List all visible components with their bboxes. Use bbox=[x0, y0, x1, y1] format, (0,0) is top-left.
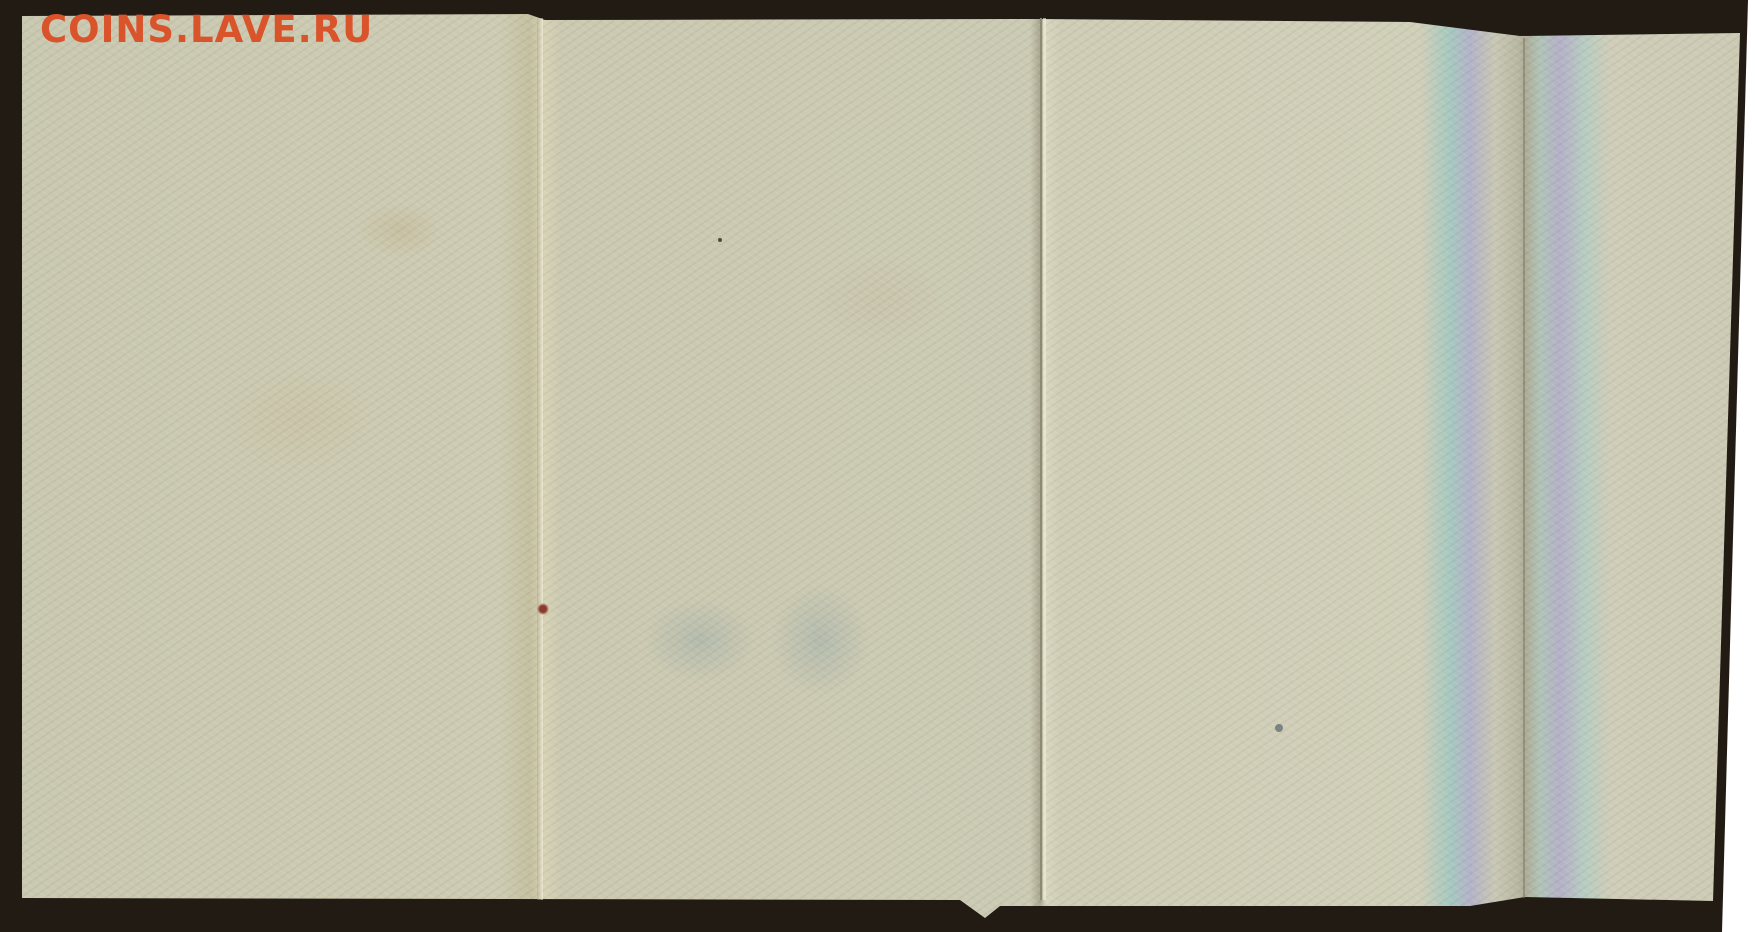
ink-dot bbox=[718, 238, 722, 242]
banknote-paper bbox=[0, 0, 1755, 932]
paper-texture bbox=[0, 0, 1755, 932]
site-watermark: COINS.LAVE.RU bbox=[40, 8, 373, 51]
fold-crease-left bbox=[537, 18, 543, 900]
dark-spot bbox=[1275, 724, 1283, 732]
fold-crease-right bbox=[1523, 38, 1525, 898]
red-spot bbox=[537, 603, 549, 615]
fold-crease-middle bbox=[1040, 18, 1042, 900]
